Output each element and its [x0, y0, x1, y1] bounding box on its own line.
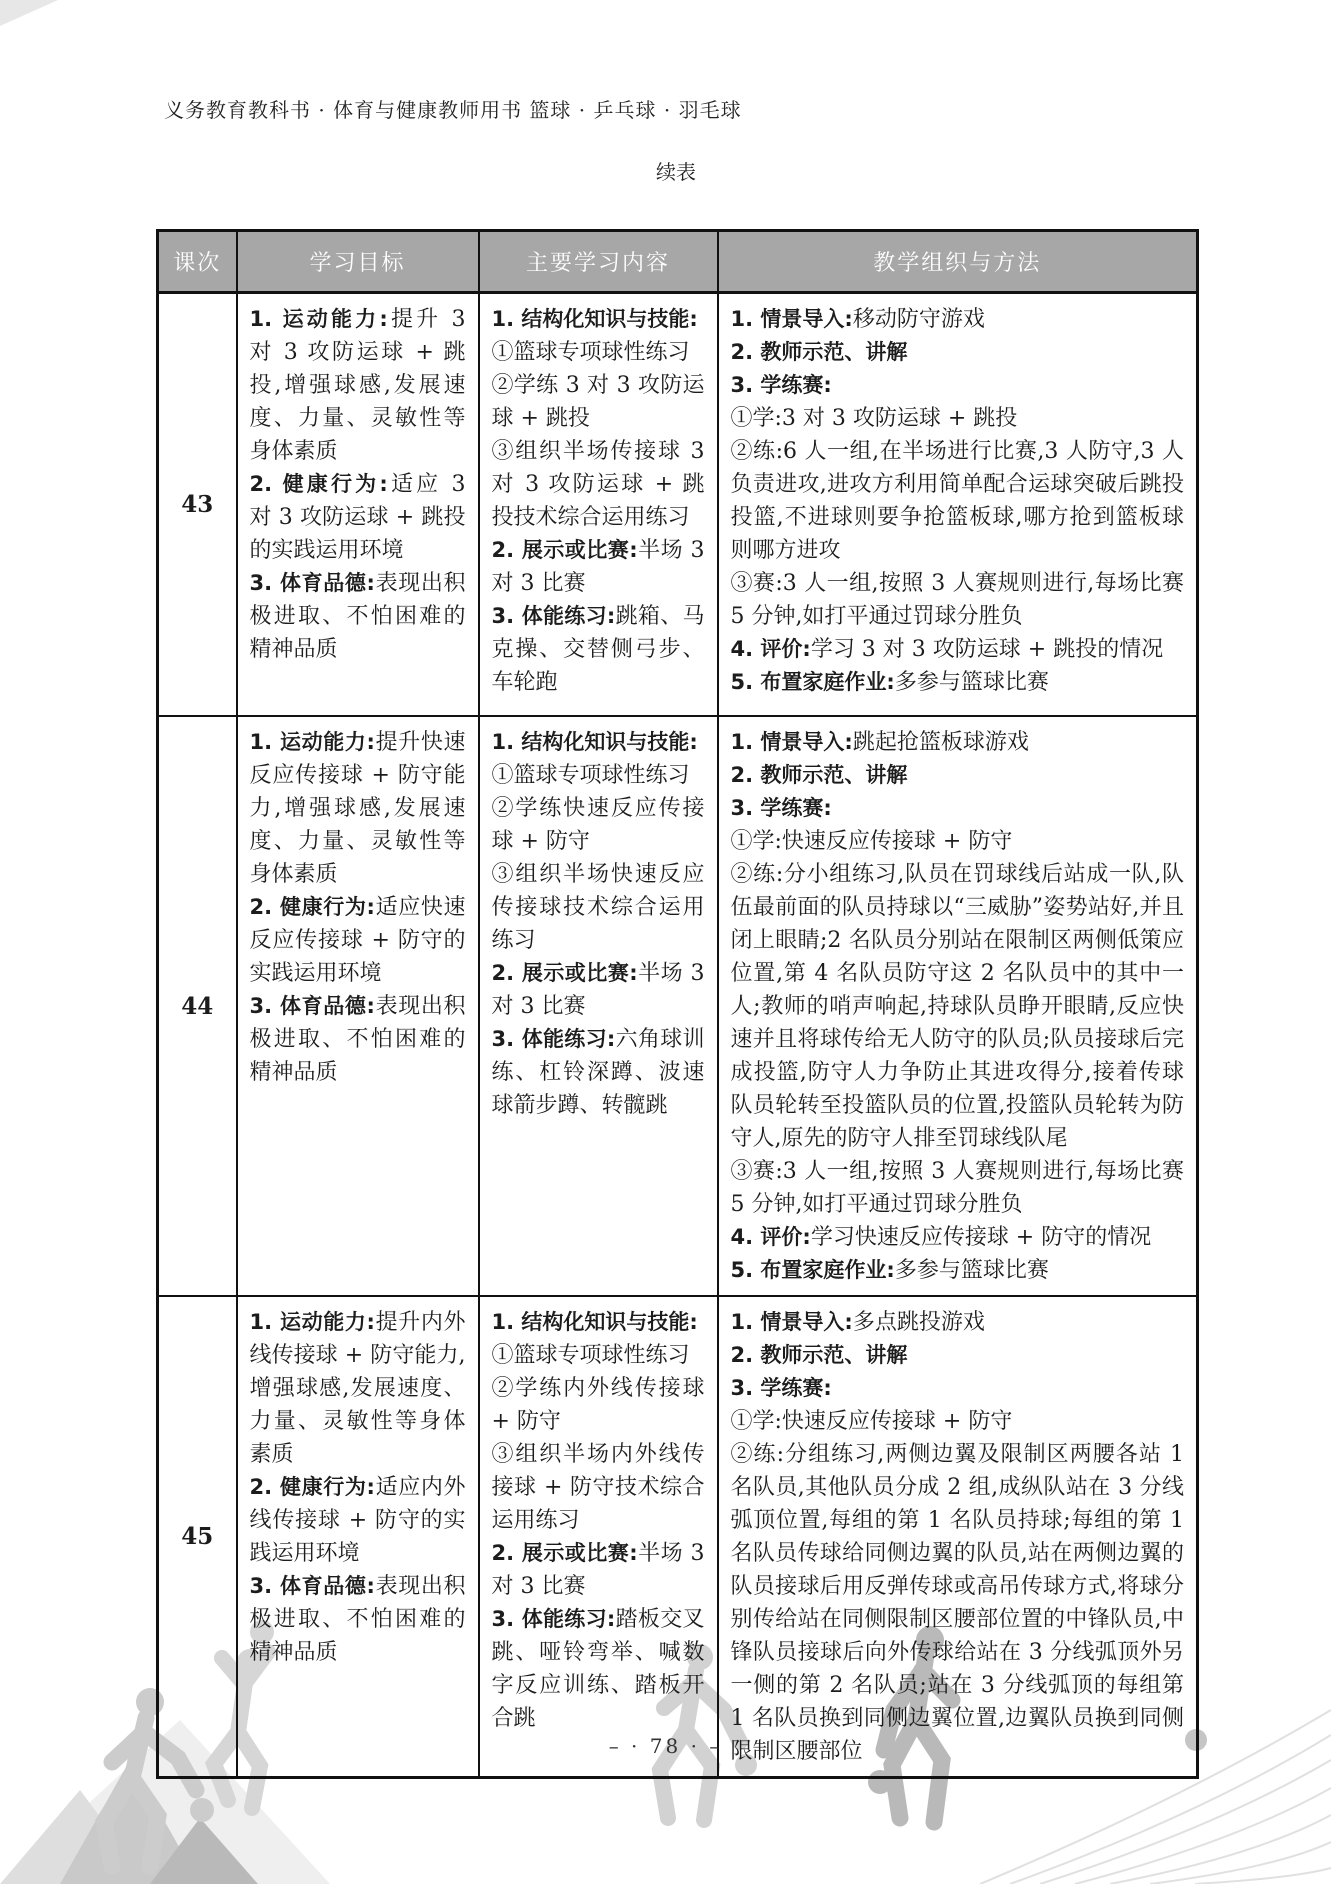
paragraph: ③赛:3 人一组,按照 3 人赛规则进行,每场比赛 5 分钟,如打平通过罚球分胜…: [731, 567, 1185, 633]
content-cell: 1. 结构化知识与技能:①篮球专项球性练习②学练 3 对 3 攻防运球 + 跳投…: [479, 293, 718, 717]
paragraph: 1. 情景导入:移动防守游戏: [731, 303, 1185, 336]
paragraph: 1. 结构化知识与技能:: [492, 303, 705, 336]
paragraph: 4. 评价:学习快速反应传接球 + 防守的情况: [731, 1221, 1185, 1254]
paragraph: ①篮球专项球性练习: [492, 759, 705, 792]
lesson-table-body: 431. 运动能力:提升 3 对 3 攻防运球 + 跳投,增强球感,发展速度、力…: [158, 293, 1198, 1778]
table-caption: 续表: [156, 156, 1196, 185]
methods-cell: 1. 情景导入:多点跳投游戏2. 教师示范、讲解3. 学练赛:①学:快速反应传接…: [718, 1296, 1198, 1778]
paragraph: 1. 运动能力:提升 3 对 3 攻防运球 + 跳投,增强球感,发展速度、力量、…: [250, 303, 466, 468]
paragraph: 2. 健康行为:适应 3 对 3 攻防运球 + 跳投的实践运用环境: [250, 468, 466, 567]
corner-decoration: [0, 0, 80, 34]
paragraph: ②练:分组练习,两侧边翼及限制区两腰各站 1 名队员,其他队员分成 2 组,成纵…: [731, 1438, 1185, 1768]
paragraph: 3. 学练赛:: [731, 1372, 1185, 1405]
paragraph: 2. 展示或比赛:半场 3 对 3 比赛: [492, 534, 705, 600]
paragraph: 4. 评价:学习 3 对 3 攻防运球 + 跳投的情况: [731, 633, 1185, 666]
paragraph: ①学:快速反应传接球 + 防守: [731, 825, 1185, 858]
corner-wedge-shape: [0, 0, 58, 26]
table-row: 441. 运动能力:提升快速反应传接球 + 防守能力,增强球感,发展速度、力量、…: [158, 716, 1198, 1296]
column-header-objectives: 学习目标: [237, 231, 479, 293]
paragraph: ①篮球专项球性练习: [492, 1339, 705, 1372]
running-header: 义务教育教科书 · 体育与健康教师用书 篮球 · 乒乓球 · 羽毛球: [164, 94, 742, 123]
paragraph: 1. 情景导入:跳起抢篮板球游戏: [731, 726, 1185, 759]
objectives-cell: 1. 运动能力:提升 3 对 3 攻防运球 + 跳投,增强球感,发展速度、力量、…: [237, 293, 479, 717]
paragraph: 2. 教师示范、讲解: [731, 336, 1185, 369]
column-header-methods: 教学组织与方法: [718, 231, 1198, 293]
paragraph: 5. 布置家庭作业:多参与篮球比赛: [731, 1254, 1185, 1287]
paragraph: ②学练快速反应传接球 + 防守: [492, 792, 705, 858]
paragraph: 5. 布置家庭作业:多参与篮球比赛: [731, 666, 1185, 699]
paragraph: ③赛:3 人一组,按照 3 人赛规则进行,每场比赛 5 分钟,如打平通过罚球分胜…: [731, 1155, 1185, 1221]
content-cell: 1. 结构化知识与技能:①篮球专项球性练习②学练快速反应传接球 + 防守③组织半…: [479, 716, 718, 1296]
objectives-cell: 1. 运动能力:提升快速反应传接球 + 防守能力,增强球感,发展速度、力量、灵敏…: [237, 716, 479, 1296]
paragraph: 2. 展示或比赛:半场 3 对 3 比赛: [492, 1537, 705, 1603]
objectives-cell: 1. 运动能力:提升内外线传接球 + 防守能力,增强球感,发展速度、力量、灵敏性…: [237, 1296, 479, 1778]
methods-cell: 1. 情景导入:移动防守游戏2. 教师示范、讲解3. 学练赛:①学:3 对 3 …: [718, 293, 1198, 717]
paragraph: ①学:快速反应传接球 + 防守: [731, 1405, 1185, 1438]
paragraph: 1. 运动能力:提升快速反应传接球 + 防守能力,增强球感,发展速度、力量、灵敏…: [250, 726, 466, 891]
paragraph: ①学:3 对 3 攻防运球 + 跳投: [731, 402, 1185, 435]
lesson-number: 45: [158, 1296, 237, 1778]
paragraph: 3. 体育品德:表现出积极进取、不怕困难的精神品质: [250, 1570, 466, 1669]
paragraph: 3. 体能练习:踏板交叉跳、哑铃弯举、喊数字反应训练、踏板开合跳: [492, 1603, 705, 1735]
methods-cell: 1. 情景导入:跳起抢篮板球游戏2. 教师示范、讲解3. 学练赛:①学:快速反应…: [718, 716, 1198, 1296]
paragraph: 1. 结构化知识与技能:: [492, 726, 705, 759]
paragraph: 3. 体能练习:六角球训练、杠铃深蹲、波速球箭步蹲、转髋跳: [492, 1023, 705, 1122]
column-header-lesson: 课次: [158, 231, 237, 293]
basketball-icon: [190, 1798, 214, 1822]
paragraph: 1. 情景导入:多点跳投游戏: [731, 1306, 1185, 1339]
paragraph: 2. 健康行为:适应内外线传接球 + 防守的实践运用环境: [250, 1471, 466, 1570]
paragraph: ②学练 3 对 3 攻防运球 + 跳投: [492, 369, 705, 435]
page-number: – · 78 · –: [0, 1734, 1331, 1758]
paragraph: 1. 结构化知识与技能:: [492, 1306, 705, 1339]
lesson-number: 44: [158, 716, 237, 1296]
table-row: 431. 运动能力:提升 3 对 3 攻防运球 + 跳投,增强球感,发展速度、力…: [158, 293, 1198, 717]
lesson-number: 43: [158, 293, 237, 717]
paragraph: ①篮球专项球性练习: [492, 336, 705, 369]
paragraph: 1. 运动能力:提升内外线传接球 + 防守能力,增强球感,发展速度、力量、灵敏性…: [250, 1306, 466, 1471]
paragraph: ③组织半场传接球 3 对 3 攻防运球 + 跳投技术综合运用练习: [492, 435, 705, 534]
paragraph: 3. 体能练习:跳箱、马克操、交替侧弓步、车轮跑: [492, 600, 705, 699]
paragraph: ③组织半场快速反应传接球技术综合运用练习: [492, 858, 705, 957]
paragraph: ②练:分小组练习,队员在罚球线后站成一队,队伍最前面的队员持球以“三威胁”姿势站…: [731, 858, 1185, 1155]
column-header-content: 主要学习内容: [479, 231, 718, 293]
paragraph: 2. 健康行为:适应快速反应传接球 + 防守的实践运用环境: [250, 891, 466, 990]
paragraph: ②学练内外线传接球 + 防守: [492, 1372, 705, 1438]
paragraph: ③组织半场内外线传接球 + 防守技术综合运用练习: [492, 1438, 705, 1537]
paragraph: 2. 教师示范、讲解: [731, 1339, 1185, 1372]
lesson-plan-table: 课次 学习目标 主要学习内容 教学组织与方法 431. 运动能力:提升 3 对 …: [156, 229, 1199, 1779]
paragraph: 3. 学练赛:: [731, 369, 1185, 402]
paragraph: 3. 体育品德:表现出积极进取、不怕困难的精神品质: [250, 990, 466, 1089]
paragraph: 2. 教师示范、讲解: [731, 759, 1185, 792]
paragraph: 3. 体育品德:表现出积极进取、不怕困难的精神品质: [250, 567, 466, 666]
table-header-row: 课次 学习目标 主要学习内容 教学组织与方法: [158, 231, 1198, 293]
table-row: 451. 运动能力:提升内外线传接球 + 防守能力,增强球感,发展速度、力量、灵…: [158, 1296, 1198, 1778]
paragraph: 3. 学练赛:: [731, 792, 1185, 825]
content-cell: 1. 结构化知识与技能:①篮球专项球性练习②学练内外线传接球 + 防守③组织半场…: [479, 1296, 718, 1778]
paragraph: ②练:6 人一组,在半场进行比赛,3 人防守,3 人负责进攻,进攻方利用简单配合…: [731, 435, 1185, 567]
paragraph: 2. 展示或比赛:半场 3 对 3 比赛: [492, 957, 705, 1023]
book-page: 义务教育教科书 · 体育与健康教师用书 篮球 · 乒乓球 · 羽毛球 续表: [0, 0, 1331, 1884]
